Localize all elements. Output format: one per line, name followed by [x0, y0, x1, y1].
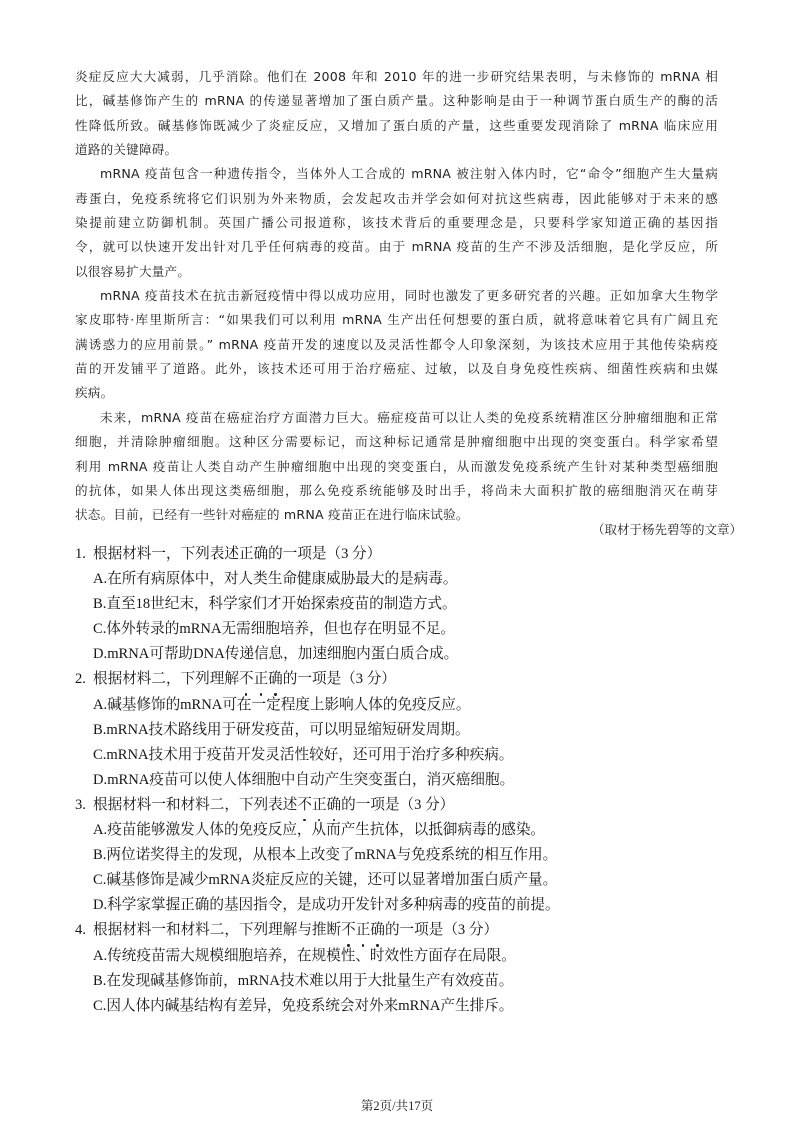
emphasis-dot-char: 不 — [341, 918, 356, 943]
question-stem: 2.根据材料二，下列理解不正确的一项是（3 分） — [75, 667, 735, 692]
passage-paragraph: 未来，mRNA 疫苗在癌症治疗方面潜力巨大。癌症疫苗可以让人类的免疫系统精准区分… — [75, 406, 718, 528]
question-stem-text: 根据材料一，下列表述正确的一项是（3 分） — [93, 546, 381, 562]
emphasized-word: 不正确 — [239, 671, 283, 687]
emphasis-dot-char: 不 — [297, 793, 312, 818]
question-stem-text: 的一项是（3 分） — [341, 797, 454, 813]
question-stem-text: 的一项是（3 分） — [283, 671, 396, 687]
passage-paragraph: 炎症反应大大减弱，几乎消除。他们在 2008 年和 2010 年的进一步研究结果… — [75, 65, 718, 162]
passage-line: 炎症反应大大减弱，几乎消除。他们在 2008 年和 2010 年的进一步研究结果… — [75, 65, 718, 89]
emphasis-dot-char: 不 — [239, 667, 254, 692]
emphasis-dot-char: 正 — [254, 667, 269, 692]
answer-option-c[interactable]: C.碱基修饰是减少mRNA炎症反应的关键，还可以显著增加蛋白质产量。 — [75, 868, 735, 893]
passage-line: 令，就可以快速开发出针对几乎任何病毒的疫苗。由于 mRNA 疫苗的生产不涉及活细… — [75, 235, 718, 259]
question-3: 3.根据材料一和材料二，下列表述不正确的一项是（3 分） A.疫苗能够激发人体的… — [75, 793, 735, 918]
passage-line: mRNA 疫苗技术在抗击新冠疫情中得以成功应用，同时也激发了更多研究者的兴趣。正… — [75, 284, 718, 308]
passage-line: 未来，mRNA 疫苗在癌症治疗方面潜力巨大。癌症疫苗可以让人类的免疫系统精准区分… — [75, 406, 718, 430]
question-stem-text: 根据材料一和材料二，下列表述 — [93, 797, 297, 813]
document-page: 炎症反应大大减弱，几乎消除。他们在 2008 年和 2010 年的进一步研究结果… — [0, 0, 794, 1122]
passage-line: 道路的关键障碍。 — [75, 138, 718, 162]
question-number: 3. — [75, 793, 93, 818]
question-stem: 4.根据材料一和材料二，下列理解与推断不正确的一项是（3 分） — [75, 918, 735, 943]
emphasis-dot-char: 正 — [356, 918, 371, 943]
emphasized-word: 不正确 — [341, 922, 385, 938]
answer-option-a[interactable]: A.传统疫苗需大规模细胞培养，在规模性、时效性方面存在局限。 — [75, 944, 735, 969]
passage-source-citation: （取材于杨先碧等的文章） — [592, 520, 742, 538]
answer-option-b[interactable]: B.两位诺奖得主的发现，从根本上改变了mRNA与免疫系统的相互作用。 — [75, 843, 735, 868]
passage-line: 的抗体，如果人体出现这类癌细胞，那么免疫系统能够及时出手，将尚未大面积扩散的癌细… — [75, 479, 718, 503]
passage-line: 染提前建立防御机制。英国广播公司报道称，该技术背后的重要理念是，只要科学家知道正… — [75, 211, 718, 235]
question-stem-text: 根据材料一和材料二，下列理解与推断 — [93, 922, 341, 938]
question-number: 4. — [75, 918, 93, 943]
passage-line: 利用 mRNA 疫苗让人类自动产生肿瘤细胞中出现的突变蛋白，从而激发免疫系统产生… — [75, 455, 718, 479]
passage-line: mRNA 疫苗包含一种遗传指令，当体外人工合成的 mRNA 被注射入体内时，它“… — [75, 162, 718, 186]
answer-option-a[interactable]: A.在所有病原体中，对人类生命健康威胁最大的是病毒。 — [75, 567, 735, 592]
emphasized-word: 不正确 — [297, 797, 341, 813]
passage-line: 性降低所致。碱基修饰既减少了炎症反应，又增加了蛋白质的产量，这些重要发现消除了 … — [75, 114, 718, 138]
answer-option-a[interactable]: A.碱基修饰的mRNA可在一定程度上影响人体的免疫反应。 — [75, 693, 735, 718]
emphasis-dot-char: 正 — [312, 793, 327, 818]
answer-option-b[interactable]: B.mRNA技术路线用于研发疫苗，可以明显缩短研发周期。 — [75, 718, 735, 743]
page-number-footer: 第2页/共17页 — [0, 1096, 794, 1114]
emphasis-dot-char: 确 — [370, 918, 385, 943]
passage-line: 以很容易扩大量产。 — [75, 260, 718, 284]
passage-paragraph: mRNA 疫苗技术在抗击新冠疫情中得以成功应用，同时也激发了更多研究者的兴趣。正… — [75, 284, 718, 406]
answer-option-b[interactable]: B.直至18世纪末，科学家们才开始探索疫苗的制造方式。 — [75, 592, 735, 617]
question-stem-text: 根据材料二，下列理解 — [93, 671, 239, 687]
question-stem-text: 的一项是（3 分） — [385, 922, 498, 938]
answer-option-c[interactable]: C.因人体内碱基结构有差异，免疫系统会对外来mRNA产生排斥。 — [75, 994, 735, 1019]
answer-option-a[interactable]: A.疫苗能够激发人体的免疫反应，从而产生抗体，以抵御病毒的感染。 — [75, 818, 735, 843]
question-stem: 1.根据材料一，下列表述正确的一项是（3 分） — [75, 542, 735, 567]
emphasis-dot-char: 确 — [327, 793, 342, 818]
answer-option-d[interactable]: D.mRNA疫苗可以使人体细胞中自动产生突变蛋白，消灭癌细胞。 — [75, 768, 735, 793]
question-stem: 3.根据材料一和材料二，下列表述不正确的一项是（3 分） — [75, 793, 735, 818]
passage-line: 比，碱基修饰产生的 mRNA 的传递显著增加了蛋白质产量。这种影响是由于一种调节… — [75, 89, 718, 113]
answer-option-d[interactable]: D.科学家掌握正确的基因指令，是成功开发针对多种病毒的疫苗的前提。 — [75, 893, 735, 918]
passage-line: 疾病。 — [75, 381, 718, 405]
answer-option-b[interactable]: B.在发现碱基修饰前，mRNA技术难以用于大批量生产有效疫苗。 — [75, 969, 735, 994]
passage-line: 家皮耶特·库里斯所言：“如果我们可以利用 mRNA 生产出任何想要的蛋白质，就将… — [75, 308, 718, 332]
passage-line: 毒蛋白，免疫系统将它们识别为外来物质，会发起攻击并学会如何对抗这些病毒，因此能够… — [75, 187, 718, 211]
question-number: 1. — [75, 542, 93, 567]
question-number: 2. — [75, 667, 93, 692]
emphasis-dot-char: 确 — [268, 667, 283, 692]
question-1: 1.根据材料一，下列表述正确的一项是（3 分） A.在所有病原体中，对人类生命健… — [75, 542, 735, 667]
passage-line: 满诱惑力的应用前景。” mRNA 疫苗开发的速度以及灵活性都令人印象深刻，为该技… — [75, 333, 718, 357]
passage-line: 苗的开发铺平了道路。此外，该技术还可用于治疗癌症、过敏，以及自身免疫性疾病、细菌… — [75, 357, 718, 381]
reading-passage: 炎症反应大大减弱，几乎消除。他们在 2008 年和 2010 年的进一步研究结果… — [75, 65, 718, 528]
answer-option-d[interactable]: D.mRNA可帮助DNA传递信息，加速细胞内蛋白质合成。 — [75, 642, 735, 667]
question-4: 4.根据材料一和材料二，下列理解与推断不正确的一项是（3 分） A.传统疫苗需大… — [75, 918, 735, 1018]
answer-option-c[interactable]: C.mRNA技术用于疫苗开发灵活性较好，还可用于治疗多种疾病。 — [75, 743, 735, 768]
question-2: 2.根据材料二，下列理解不正确的一项是（3 分） A.碱基修饰的mRNA可在一定… — [75, 667, 735, 792]
answer-option-c[interactable]: C.体外转录的mRNA无需细胞培养，但也存在明显不足。 — [75, 617, 735, 642]
passage-line: 细胞，并清除肿瘤细胞。这种区分需要标记，而这种标记通常是肿瘤细胞中出现的突变蛋白… — [75, 430, 718, 454]
question-list: 1.根据材料一，下列表述正确的一项是（3 分） A.在所有病原体中，对人类生命健… — [75, 542, 735, 1019]
passage-paragraph: mRNA 疫苗包含一种遗传指令，当体外人工合成的 mRNA 被注射入体内时，它“… — [75, 162, 718, 284]
